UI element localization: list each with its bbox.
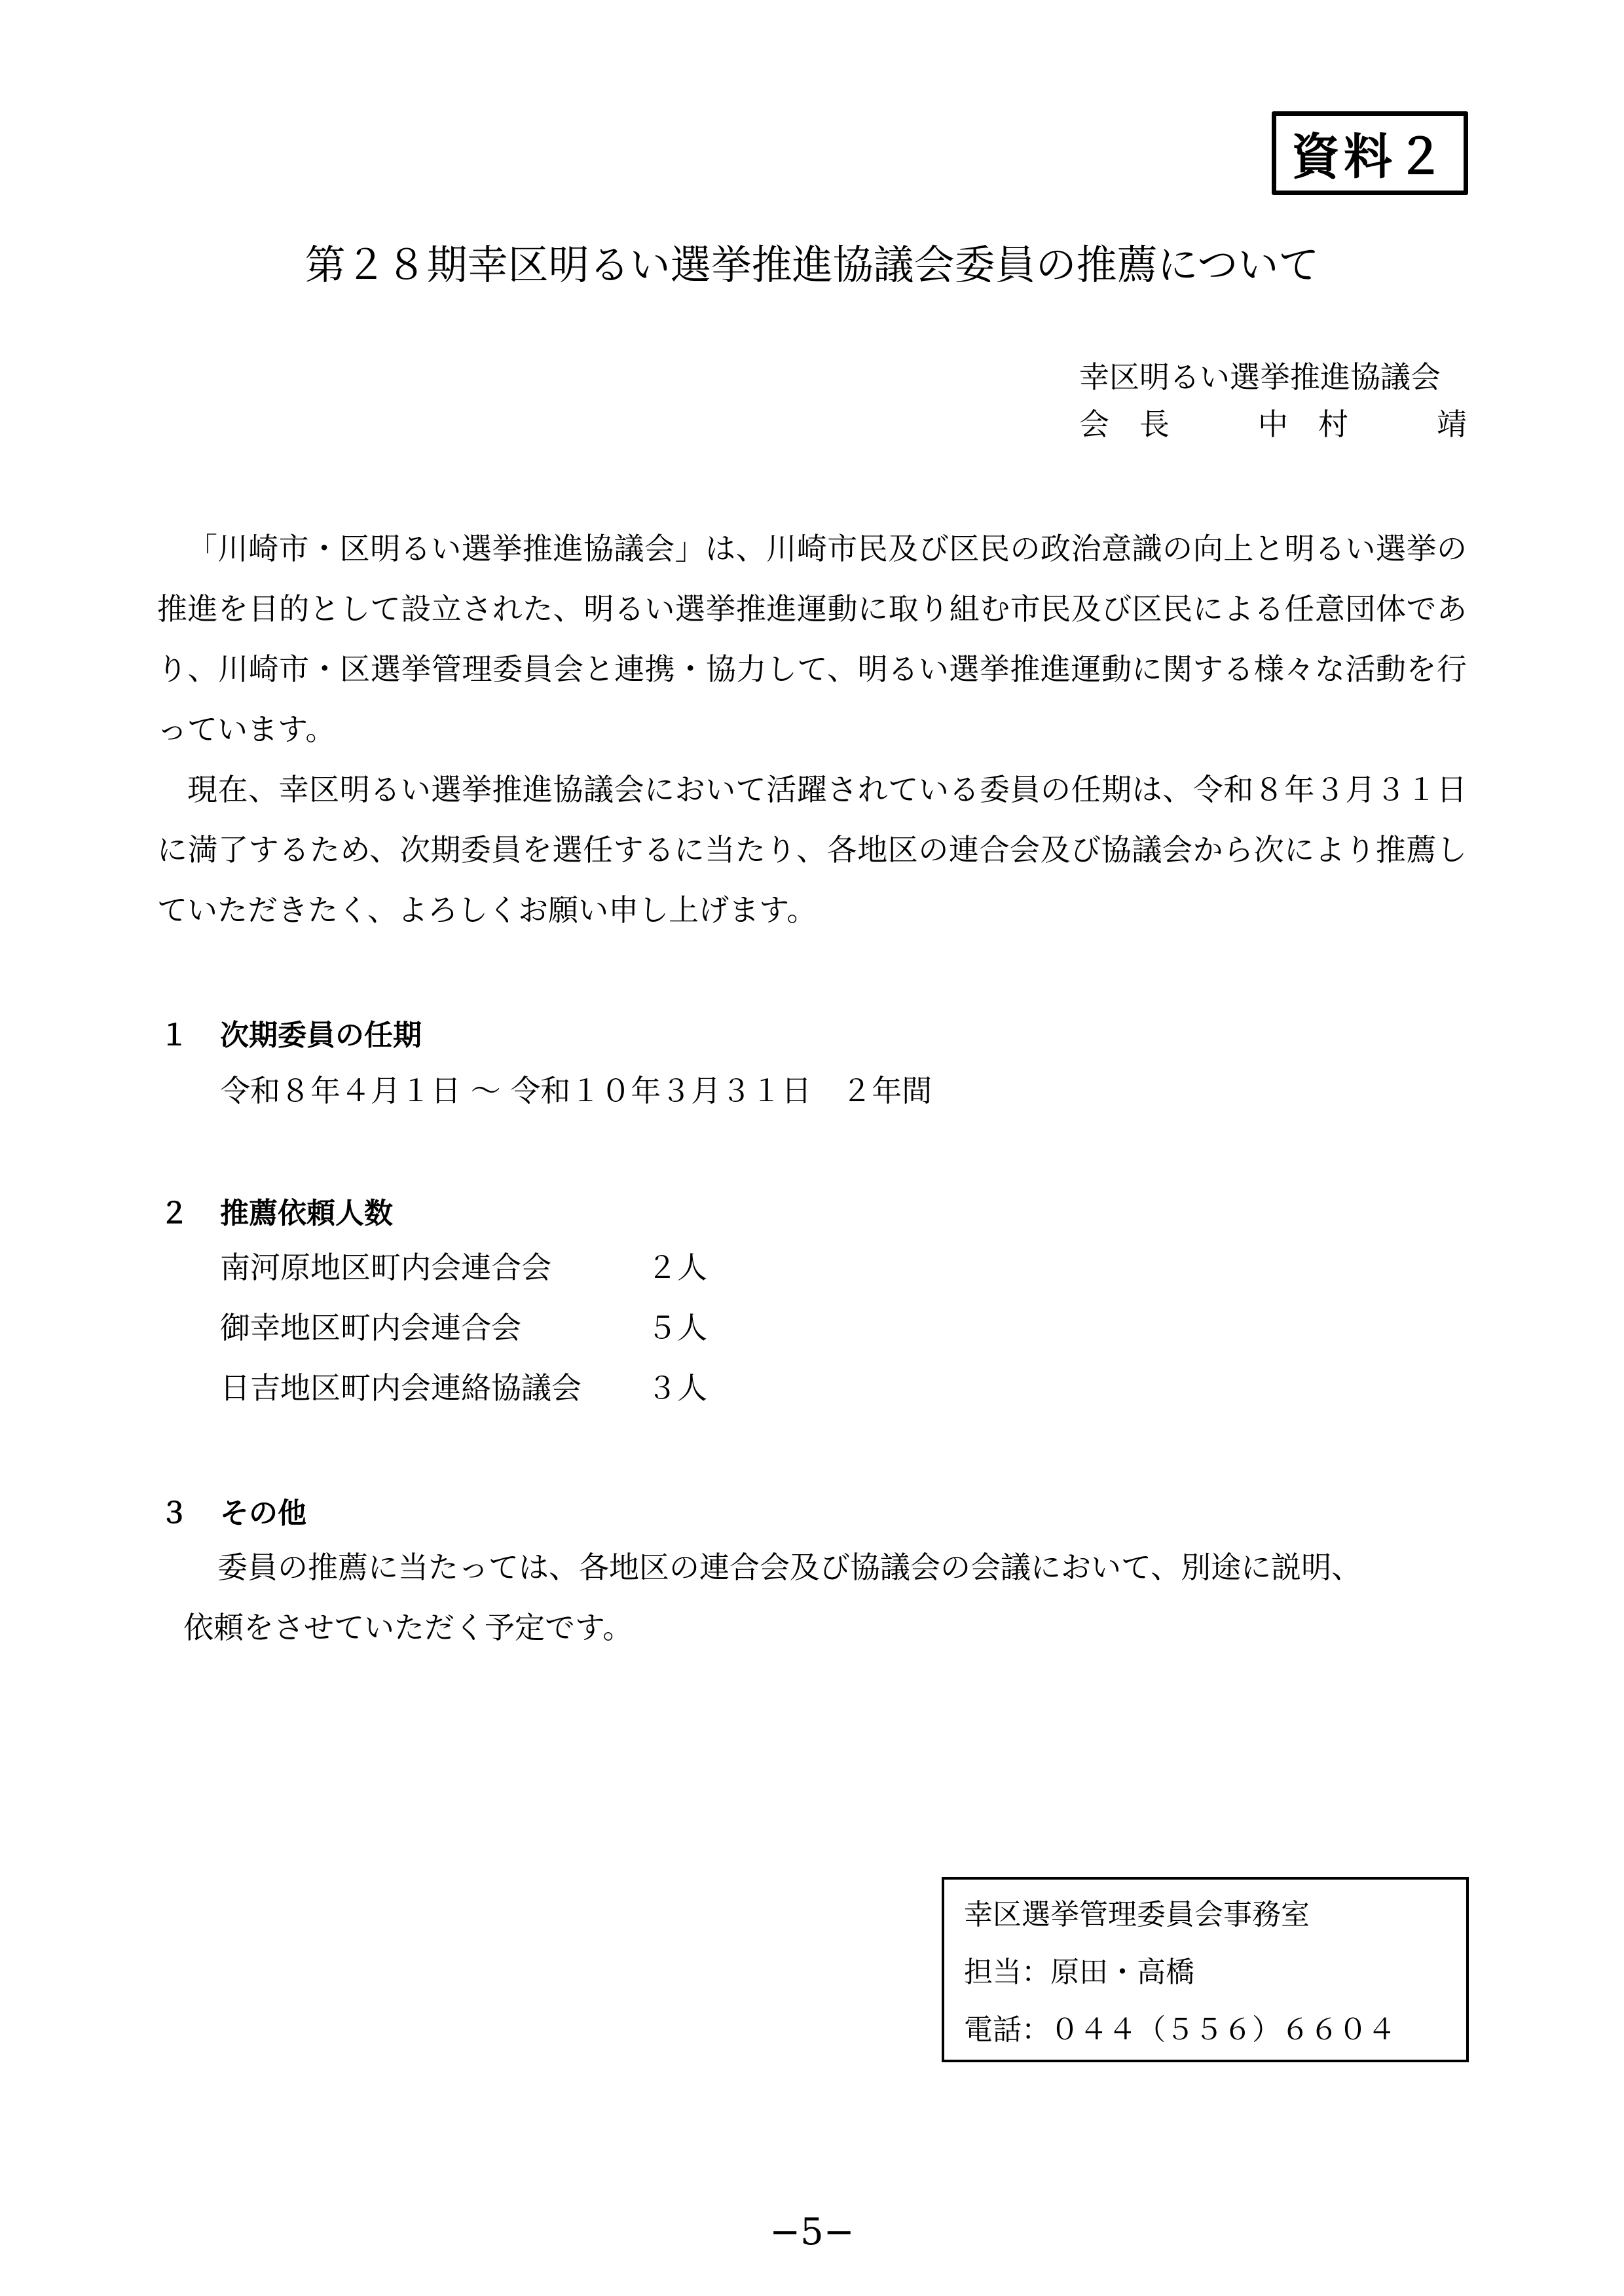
section-title: 推薦依頼人数 bbox=[220, 1197, 393, 1230]
section-title: その他 bbox=[220, 1497, 306, 1530]
page-number: −5− bbox=[0, 2206, 1624, 2259]
request-count: ５人 bbox=[647, 1298, 778, 1358]
intro-paragraph-2: 現在、幸区明るい選挙推進協議会において活躍されている委員の任期は、令和８年３月３… bbox=[157, 759, 1467, 940]
intro-paragraph-1: 「川崎市・区明るい選挙推進協議会」は、川崎市民及び区民の政治意識の向上と明るい選… bbox=[157, 519, 1467, 759]
issuer-chair: 会 長 中 村 靖 bbox=[1079, 401, 1467, 448]
request-row: 南河原地区町内会連合会 ２人 bbox=[220, 1237, 778, 1298]
request-organization: 南河原地区町内会連合会 bbox=[220, 1237, 647, 1298]
page-title: 第２８期幸区明るい選挙推進協議会委員の推薦について bbox=[0, 236, 1624, 295]
other-line-1: 委員の推薦に当たっては、各地区の連合会及び協議会の会議において、別途に説明、 bbox=[157, 1537, 1467, 1597]
document-label: 資料２ bbox=[1291, 118, 1449, 188]
section-number: ２ bbox=[160, 1190, 220, 1237]
contact-box: 幸区選挙管理委員会事務室 担当：原田・高橋 電話：０４４（５５６）６６０４ bbox=[942, 1877, 1469, 2062]
section-number: １ bbox=[160, 1012, 220, 1059]
request-list: 南河原地区町内会連合会 ２人 御幸地区町内会連合会 ５人 日吉地区町内会連絡協議… bbox=[220, 1237, 778, 1418]
request-organization: 日吉地区町内会連絡協議会 bbox=[220, 1358, 647, 1418]
other-text: 委員の推薦に当たっては、各地区の連合会及び協議会の会議において、別途に説明、 依… bbox=[157, 1537, 1467, 1658]
request-count: ２人 bbox=[647, 1237, 778, 1298]
issuer-block: 幸区明るい選挙推進協議会 会 長 中 村 靖 bbox=[1079, 354, 1467, 448]
issuer-given-name: 靖 bbox=[1437, 401, 1467, 448]
section-requests-heading: ２推薦依頼人数 bbox=[160, 1190, 393, 1237]
request-count: ３人 bbox=[647, 1358, 778, 1418]
issuer-family-name: 中 村 bbox=[1258, 401, 1348, 448]
term-period: 令和８年４月１日 ～ 令和１０年３月３１日 ２年間 bbox=[220, 1061, 932, 1121]
section-term-heading: １次期委員の任期 bbox=[160, 1012, 422, 1059]
section-number: ３ bbox=[160, 1490, 220, 1537]
contact-office: 幸区選挙管理委員会事務室 bbox=[964, 1886, 1466, 1944]
contact-phone: 電話：０４４（５５６）６６０４ bbox=[964, 2001, 1466, 2059]
document-label-box: 資料２ bbox=[1272, 111, 1468, 195]
request-row: 御幸地区町内会連合会 ５人 bbox=[220, 1298, 778, 1358]
other-line-2: 依頼をさせていただく予定です。 bbox=[157, 1597, 1467, 1658]
request-row: 日吉地区町内会連絡協議会 ３人 bbox=[220, 1358, 778, 1418]
contact-staff: 担当：原田・高橋 bbox=[964, 1944, 1466, 2001]
section-other-heading: ３その他 bbox=[160, 1490, 306, 1537]
request-organization: 御幸地区町内会連合会 bbox=[220, 1298, 647, 1358]
intro-text: 「川崎市・区明るい選挙推進協議会」は、川崎市民及び区民の政治意識の向上と明るい選… bbox=[157, 519, 1467, 940]
issuer-organization: 幸区明るい選挙推進協議会 bbox=[1079, 354, 1467, 401]
issuer-position: 会 長 bbox=[1079, 401, 1170, 448]
section-title: 次期委員の任期 bbox=[220, 1019, 422, 1052]
